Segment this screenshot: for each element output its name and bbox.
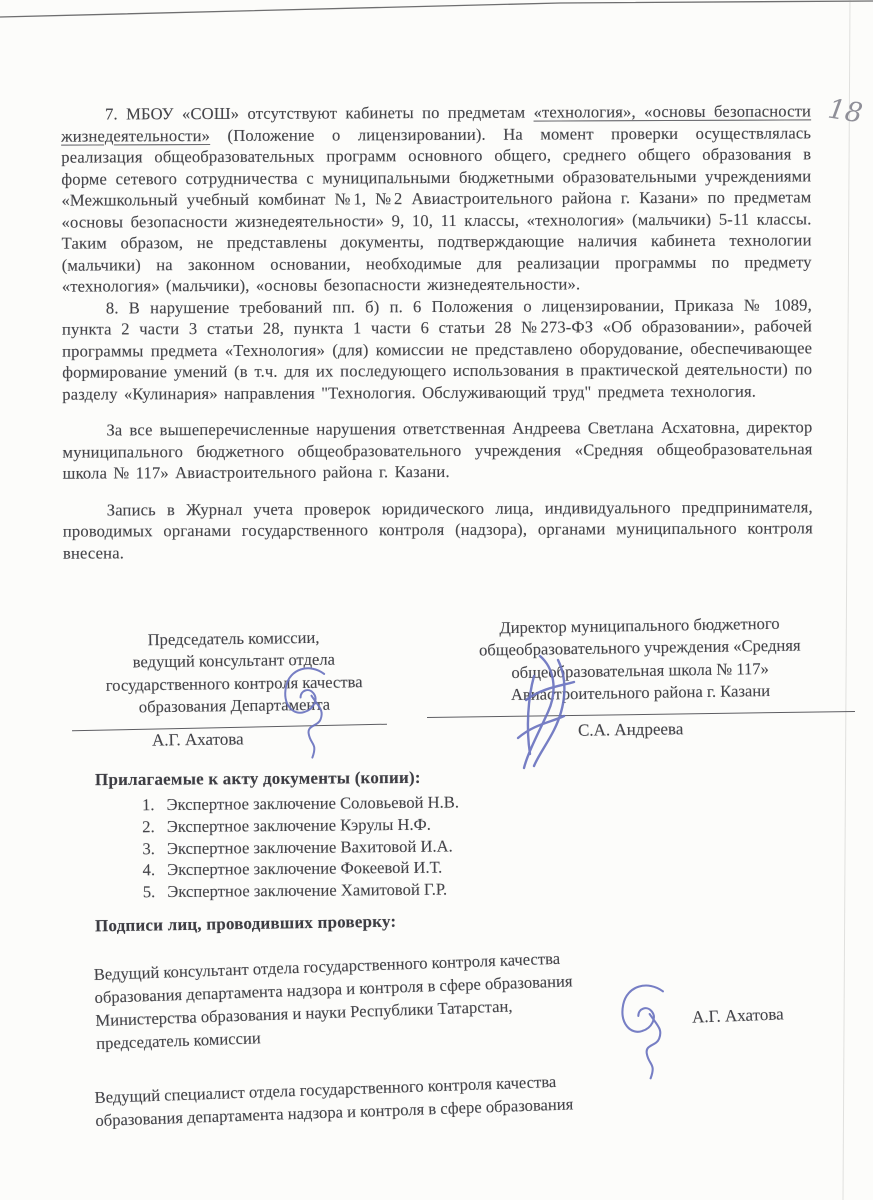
- inspector-1-title: Ведущий консультант отдела государственн…: [93, 945, 604, 1055]
- handwritten-page-number: 18: [826, 94, 865, 130]
- inspector-1-name: А.Г. Ахатова: [692, 1004, 784, 1027]
- paragraph-7: 7. МБОУ «СОШ» отсутствуют кабинеты по пр…: [61, 100, 812, 297]
- paragraph-responsibility: За все вышеперечисленные нарушения ответ…: [62, 416, 812, 484]
- chairman-signature-block: Председатель комиссии, ведущий консульта…: [87, 626, 380, 720]
- chairman-title-line: государственного контроля качества: [88, 671, 380, 697]
- chairman-name: А.Г. Ахатова: [152, 729, 244, 750]
- paragraph-7-rest: (Положение о лицензировании). На момент …: [61, 123, 812, 296]
- paragraph-8: 8. В нарушение требований пп. б) п. 6 По…: [62, 294, 812, 405]
- director-signature-line: [427, 711, 855, 718]
- inspectors-signatures-heading: Подписи лиц, проводивших проверку:: [95, 912, 397, 937]
- attachment-item: Экспертное заключение Хамитовой Г.Р.: [159, 877, 679, 903]
- paragraph-7-lead: 7. МБОУ «СОШ» отсутствуют кабинеты по пр…: [105, 103, 534, 124]
- chairman-title-line: образования Департамента: [88, 693, 380, 719]
- document-body: 7. МБОУ «СОШ» отсутствуют кабинеты по пр…: [61, 100, 813, 563]
- director-signature-block: Директор муниципального бюджетного общео…: [417, 612, 862, 709]
- paragraph-journal-record: Запись в Журнал учета проверок юридическ…: [63, 496, 813, 564]
- attachments-heading: Прилагаемые к акту документы (копии):: [95, 768, 421, 790]
- document-page: 18 7. МБОУ «СОШ» отсутствуют кабинеты по…: [0, 0, 873, 1200]
- akhatova-signature-ink-bottom: [612, 980, 676, 1084]
- director-name: С.А. Андреева: [578, 719, 684, 740]
- attachments-list: Экспертное заключение Соловьевой Н.В. Эк…: [113, 790, 680, 904]
- inspector-2-title: Ведущий специалист отдела государственно…: [94, 1068, 603, 1132]
